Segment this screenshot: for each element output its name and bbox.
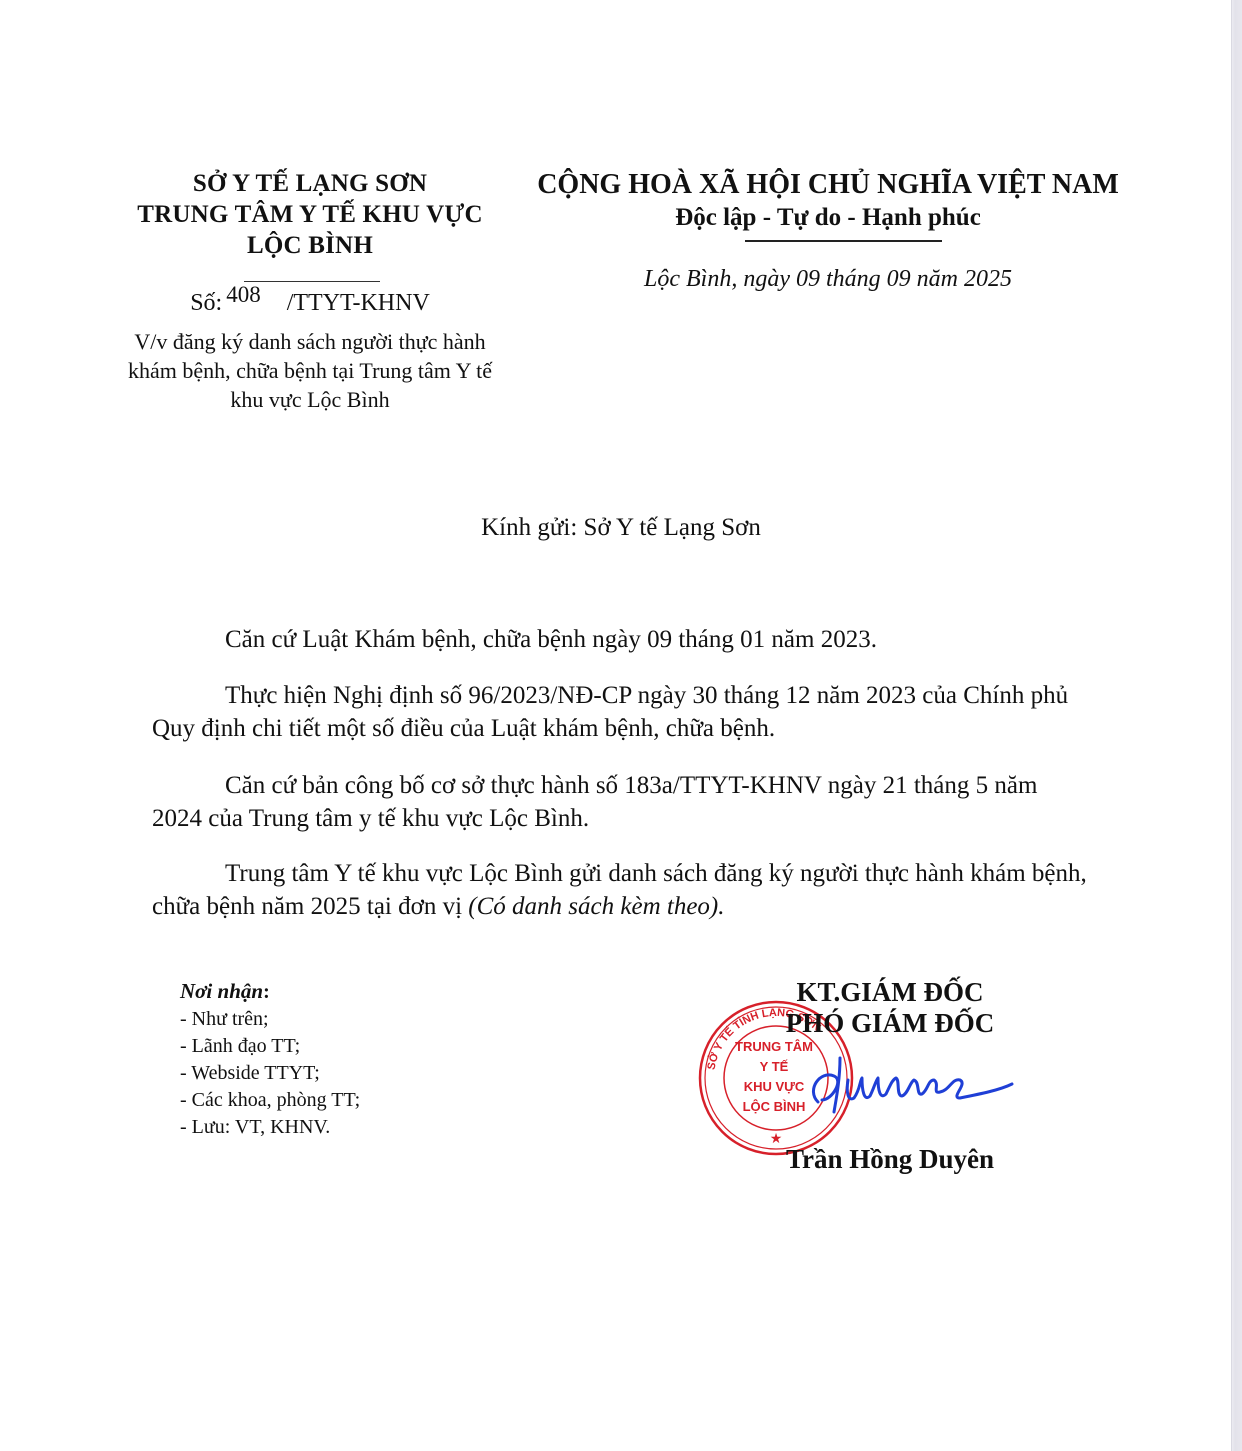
body-paragraph: Trung tâm Y tế khu vực Lộc Bình gửi danh… <box>152 857 1092 923</box>
unit-name-line2: LỘC BÌNH <box>100 230 520 261</box>
signature-title-line1: KT.GIÁM ĐỐC <box>760 977 1020 1008</box>
attachment-note: (Có danh sách kèm theo). <box>468 893 724 920</box>
signature-title: KT.GIÁM ĐỐC PHÓ GIÁM ĐỐC <box>760 977 1020 1039</box>
document-number: Số:408/TTYT-KHNV <box>100 290 520 317</box>
national-header: CỘNG HOÀ XÃ HỘI CHỦ NGHĨA VIỆT NAM Độc l… <box>528 168 1128 234</box>
body-paragraph: Căn cứ bản công bố cơ sở thực hành số 18… <box>152 769 1092 835</box>
place-and-date: Lộc Bình, ngày 09 tháng 09 năm 2025 <box>528 266 1128 293</box>
header-left-divider <box>244 281 380 282</box>
motto-underline <box>745 240 942 242</box>
recipient-item: - Webside TTYT; <box>180 1060 360 1087</box>
recipient-item: - Lãnh đạo TT; <box>180 1033 360 1060</box>
svg-text:LỘC BÌNH: LỘC BÌNH <box>743 1099 806 1114</box>
paragraph-text: Thực hiện Nghị định số 96/2023/NĐ-CP ngà… <box>152 682 1068 742</box>
page-edge-scrollbar <box>1231 0 1242 1451</box>
recipient-item: - Như trên; <box>180 1006 360 1033</box>
body-paragraph: Căn cứ Luật Khám bệnh, chữa bệnh ngày 09… <box>152 623 1092 656</box>
paragraph-text: Căn cứ bản công bố cơ sở thực hành số 18… <box>152 772 1037 832</box>
recipient-item: - Các khoa, phòng TT; <box>180 1087 360 1114</box>
svg-text:KHU VỰC: KHU VỰC <box>744 1079 805 1094</box>
issuing-agency-block: SỞ Y TẾ LẠNG SƠN TRUNG TÂM Y TẾ KHU VỰC … <box>100 168 520 261</box>
recipients-colon: : <box>263 981 270 1003</box>
document-subject: V/v đăng ký danh sách người thực hành kh… <box>100 327 520 414</box>
number-suffix: /TTYT-KHNV <box>287 290 430 316</box>
number-value: 408 <box>226 282 261 307</box>
parent-agency: SỞ Y TẾ LẠNG SƠN <box>100 168 520 199</box>
signature-title-line2: PHÓ GIÁM ĐỐC <box>760 1008 1020 1039</box>
national-motto: Độc lập - Tự do - Hạnh phúc <box>528 202 1128 234</box>
nation-title: CỘNG HOÀ XÃ HỘI CHỦ NGHĨA VIỆT NAM <box>528 168 1128 202</box>
number-label: Số: <box>190 290 222 316</box>
handwritten-signature-icon <box>800 1050 1020 1120</box>
unit-name-line1: TRUNG TÂM Y TẾ KHU VỰC <box>100 199 520 230</box>
body-paragraph: Thực hiện Nghị định số 96/2023/NĐ-CP ngà… <box>152 679 1092 745</box>
recipients-title: Nơi nhận <box>180 979 263 1003</box>
paragraph-text: Căn cứ Luật Khám bệnh, chữa bệnh ngày 09… <box>225 626 877 653</box>
signer-name: Trần Hồng Duyên <box>760 1144 1020 1175</box>
svg-text:Y TẾ: Y TẾ <box>760 1059 789 1074</box>
recipients-block: Nơi nhận: - Như trên; - Lãnh đạo TT; - W… <box>180 978 360 1141</box>
subject-line: khám bệnh, chữa bệnh tại Trung tâm Y tế <box>100 356 520 385</box>
subject-line: V/v đăng ký danh sách người thực hành <box>100 327 520 356</box>
subject-line: khu vực Lộc Bình <box>100 385 520 414</box>
addressee: Kính gửi: Sở Y tế Lạng Sơn <box>0 514 1242 542</box>
recipient-item: - Lưu: VT, KHNV. <box>180 1114 360 1141</box>
